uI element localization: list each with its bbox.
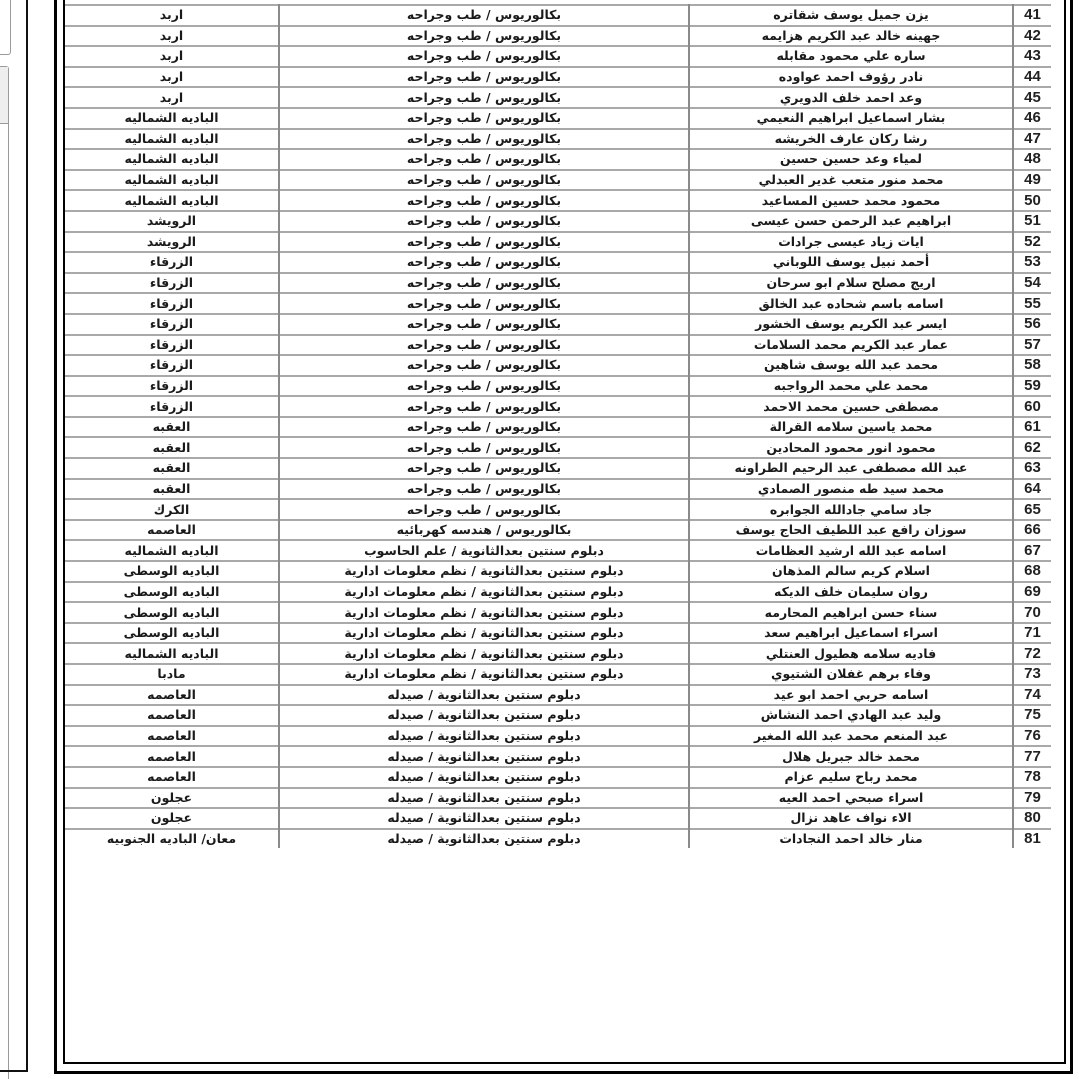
- governorate-cell: الباديه الوسطى: [65, 623, 279, 644]
- name-cell: محمود محمد حسين المساعيد: [689, 190, 1013, 211]
- row-number-cell: 80: [1013, 808, 1051, 829]
- governorate-cell: الباديه الشماليه: [65, 170, 279, 191]
- governorate-cell: الباديه الوسطى: [65, 582, 279, 603]
- row-number-cell: 66: [1013, 520, 1051, 541]
- major-cell: بكالوريوس / طب وجراحه: [279, 190, 689, 211]
- major-cell: دبلوم سنتين بعدالثانوية / صيدله: [279, 829, 689, 849]
- major-cell: دبلوم سنتين بعدالثانوية / نظم معلومات اد…: [279, 643, 689, 664]
- name-cell: اسامه باسم شحاده عبد الخالق: [689, 293, 1013, 314]
- governorate-cell: الرويشد: [65, 211, 279, 232]
- governorate-cell: الرويشد: [65, 232, 279, 253]
- row-number-cell: 73: [1013, 664, 1051, 685]
- candidate-roster-table: 41 يزن جميل يوسف شقاتره بكالوريوس / طب و…: [65, 4, 1051, 848]
- name-cell: نادر رؤوف احمد عواوده: [689, 67, 1013, 88]
- table-row: 62 محمود انور محمود المحادين بكالوريوس /…: [65, 437, 1051, 458]
- table-row: 64 محمد سيد طه منصور الصمادي بكالوريوس /…: [65, 479, 1051, 500]
- name-cell: عمار عبد الكريم محمد السلامات: [689, 335, 1013, 356]
- major-cell: بكالوريوس / طب وجراحه: [279, 108, 689, 129]
- name-cell: لمياء وعد حسين حسين: [689, 149, 1013, 170]
- name-cell: مصطفى حسين محمد الاحمد: [689, 396, 1013, 417]
- major-cell: بكالوريوس / طب وجراحه: [279, 376, 689, 397]
- major-cell: بكالوريوس / طب وجراحه: [279, 46, 689, 67]
- table-row: 61 محمد ياسين سلامه القرالة بكالوريوس / …: [65, 417, 1051, 438]
- table-row: 81 منار خالد احمد النجادات دبلوم سنتين ب…: [65, 829, 1051, 849]
- name-cell: ايات زياد عيسى جرادات: [689, 232, 1013, 253]
- governorate-cell: الزرقاء: [65, 314, 279, 335]
- name-cell: سناء حسن ابراهيم المحارمه: [689, 602, 1013, 623]
- row-number-cell: 79: [1013, 788, 1051, 809]
- governorate-cell: عجلون: [65, 788, 279, 809]
- table-row: 53 أحمد نبيل يوسف اللوباني بكالوريوس / ط…: [65, 252, 1051, 273]
- governorate-cell: العاصمه: [65, 685, 279, 706]
- table-row: 57 عمار عبد الكريم محمد السلامات بكالوري…: [65, 335, 1051, 356]
- governorate-cell: الباديه الشماليه: [65, 108, 279, 129]
- major-cell: بكالوريوس / طب وجراحه: [279, 335, 689, 356]
- table-row: 65 جاد سامي جادالله الجوابره بكالوريوس /…: [65, 499, 1051, 520]
- governorate-cell: الزرقاء: [65, 376, 279, 397]
- name-cell: بشار اسماعيل ابراهيم النعيمي: [689, 108, 1013, 129]
- row-number-cell: 45: [1013, 87, 1051, 108]
- name-cell: محمد ياسين سلامه القرالة: [689, 417, 1013, 438]
- name-cell: جاد سامي جادالله الجوابره: [689, 499, 1013, 520]
- major-cell: بكالوريوس / طب وجراحه: [279, 149, 689, 170]
- row-number-cell: 42: [1013, 26, 1051, 47]
- row-number-cell: 70: [1013, 602, 1051, 623]
- table-row: 70 سناء حسن ابراهيم المحارمه دبلوم سنتين…: [65, 602, 1051, 623]
- table-row: 56 ايسر عبد الكريم يوسف الخشور بكالوريوس…: [65, 314, 1051, 335]
- row-number-cell: 68: [1013, 561, 1051, 582]
- name-cell: ايسر عبد الكريم يوسف الخشور: [689, 314, 1013, 335]
- name-cell: اسامه عبد الله ارشيد العظامات: [689, 540, 1013, 561]
- table-row: 73 وفاء برهم غفلان الشتيوي دبلوم سنتين ب…: [65, 664, 1051, 685]
- row-number-cell: 49: [1013, 170, 1051, 191]
- row-number-cell: 57: [1013, 335, 1051, 356]
- table-row: 55 اسامه باسم شحاده عبد الخالق بكالوريوس…: [65, 293, 1051, 314]
- row-number-cell: 75: [1013, 705, 1051, 726]
- name-cell: فاديه سلامه هطيول العنتلي: [689, 643, 1013, 664]
- row-number-cell: 53: [1013, 252, 1051, 273]
- name-cell: محمود انور محمود المحادين: [689, 437, 1013, 458]
- governorate-cell: الباديه الوسطى: [65, 561, 279, 582]
- row-number-cell: 46: [1013, 108, 1051, 129]
- table-row: 47 رشا ركان عارف الخريشه بكالوريوس / طب …: [65, 129, 1051, 150]
- major-cell: دبلوم سنتين بعدالثانوية / صيدله: [279, 705, 689, 726]
- governorate-cell: العقبه: [65, 479, 279, 500]
- table-row: 51 ابراهيم عبد الرحمن حسن عيسى بكالوريوس…: [65, 211, 1051, 232]
- major-cell: دبلوم سنتين بعدالثانوية / صيدله: [279, 685, 689, 706]
- table-row: 74 اسامه حربي احمد ابو عيد دبلوم سنتين ب…: [65, 685, 1051, 706]
- row-number-cell: 61: [1013, 417, 1051, 438]
- major-cell: بكالوريوس / طب وجراحه: [279, 396, 689, 417]
- governorate-cell: الزرقاء: [65, 335, 279, 356]
- table-row: 50 محمود محمد حسين المساعيد بكالوريوس / …: [65, 190, 1051, 211]
- table-row: 77 محمد خالد جبريل هلال دبلوم سنتين بعدا…: [65, 746, 1051, 767]
- governorate-cell: مادبا: [65, 664, 279, 685]
- governorate-cell: العاصمه: [65, 520, 279, 541]
- name-cell: محمد علي محمد الرواجبه: [689, 376, 1013, 397]
- major-cell: بكالوريوس / طب وجراحه: [279, 293, 689, 314]
- name-cell: وليد عبد الهادي احمد النشاش: [689, 705, 1013, 726]
- major-cell: بكالوريوس / طب وجراحه: [279, 458, 689, 479]
- table-row: 52 ايات زياد عيسى جرادات بكالوريوس / طب …: [65, 232, 1051, 253]
- governorate-cell: اربد: [65, 26, 279, 47]
- major-cell: دبلوم سنتين بعدالثانوية / نظم معلومات اد…: [279, 664, 689, 685]
- governorate-cell: الكرك: [65, 499, 279, 520]
- table-row: 80 الاء نواف عاهد نزال دبلوم سنتين بعدال…: [65, 808, 1051, 829]
- row-number-cell: 81: [1013, 829, 1051, 849]
- governorate-cell: العقبه: [65, 437, 279, 458]
- major-cell: بكالوريوس / طب وجراحه: [279, 437, 689, 458]
- table-row: 76 عبد المنعم محمد عبد الله المغير دبلوم…: [65, 726, 1051, 747]
- governorate-cell: الباديه الوسطى: [65, 602, 279, 623]
- name-cell: اسراء اسماعيل ابراهيم سعد: [689, 623, 1013, 644]
- name-cell: الاء نواف عاهد نزال: [689, 808, 1013, 829]
- major-cell: بكالوريوس / طب وجراحه: [279, 26, 689, 47]
- page-divider-bottom: [0, 1070, 28, 1072]
- table-row: 48 لمياء وعد حسين حسين بكالوريوس / طب وج…: [65, 149, 1051, 170]
- table-row: 68 اسلام كريم سالم المذهان دبلوم سنتين ب…: [65, 561, 1051, 582]
- major-cell: دبلوم سنتين بعدالثانوية / نظم معلومات اد…: [279, 561, 689, 582]
- table-row: 49 محمد منور متعب غدير العبدلي بكالوريوس…: [65, 170, 1051, 191]
- name-cell: أحمد نبيل يوسف اللوباني: [689, 252, 1013, 273]
- roster-table-body: 41 يزن جميل يوسف شقاتره بكالوريوس / طب و…: [65, 5, 1051, 848]
- name-cell: محمد سيد طه منصور الصمادي: [689, 479, 1013, 500]
- name-cell: اريج مصلح سلام ابو سرحان: [689, 273, 1013, 294]
- name-cell: سوزان رافع عبد اللطيف الحاج يوسف: [689, 520, 1013, 541]
- table-row: 46 بشار اسماعيل ابراهيم النعيمي بكالوريو…: [65, 108, 1051, 129]
- row-number-cell: 69: [1013, 582, 1051, 603]
- table-row: 54 اريج مصلح سلام ابو سرحان بكالوريوس / …: [65, 273, 1051, 294]
- table-row: 78 محمد رباح سليم عزام دبلوم سنتين بعدال…: [65, 767, 1051, 788]
- table-row: 71 اسراء اسماعيل ابراهيم سعد دبلوم سنتين…: [65, 623, 1051, 644]
- row-number-cell: 64: [1013, 479, 1051, 500]
- name-cell: منار خالد احمد النجادات: [689, 829, 1013, 849]
- major-cell: بكالوريوس / طب وجراحه: [279, 232, 689, 253]
- major-cell: دبلوم سنتين بعدالثانوية / نظم معلومات اد…: [279, 623, 689, 644]
- name-cell: ساره علي محمود مقابله: [689, 46, 1013, 67]
- major-cell: بكالوريوس / طب وجراحه: [279, 417, 689, 438]
- table-row: 42 جهينه خالد عبد الكريم هزايمه بكالوريو…: [65, 26, 1051, 47]
- major-cell: بكالوريوس / طب وجراحه: [279, 355, 689, 376]
- name-cell: عبد المنعم محمد عبد الله المغير: [689, 726, 1013, 747]
- major-cell: بكالوريوس / طب وجراحه: [279, 273, 689, 294]
- table-row: 43 ساره علي محمود مقابله بكالوريوس / طب …: [65, 46, 1051, 67]
- major-cell: دبلوم سنتين بعدالثانوية / نظم معلومات اد…: [279, 582, 689, 603]
- major-cell: دبلوم سنتين بعدالثانوية / صيدله: [279, 808, 689, 829]
- governorate-cell: العقبه: [65, 417, 279, 438]
- governorate-cell: اربد: [65, 46, 279, 67]
- governorate-cell: الباديه الشماليه: [65, 129, 279, 150]
- row-number-cell: 56: [1013, 314, 1051, 335]
- row-number-cell: 44: [1013, 67, 1051, 88]
- row-number-cell: 74: [1013, 685, 1051, 706]
- row-number-cell: 51: [1013, 211, 1051, 232]
- name-cell: اسراء صبحي احمد العيه: [689, 788, 1013, 809]
- page-divider-line: [26, 0, 28, 1072]
- table-row: 69 روان سليمان خلف الديكه دبلوم سنتين بع…: [65, 582, 1051, 603]
- name-cell: محمد رباح سليم عزام: [689, 767, 1013, 788]
- table-row: 63 عبد الله مصطفى عبد الرحيم الطراونه بك…: [65, 458, 1051, 479]
- governorate-cell: الباديه الشماليه: [65, 190, 279, 211]
- row-number-cell: 54: [1013, 273, 1051, 294]
- row-number-cell: 77: [1013, 746, 1051, 767]
- governorate-cell: العاصمه: [65, 746, 279, 767]
- left-panel-box-header: [0, 67, 8, 124]
- major-cell: بكالوريوس / طب وجراحه: [279, 314, 689, 335]
- governorate-cell: اربد: [65, 67, 279, 88]
- name-cell: وعد احمد خلف الدويري: [689, 87, 1013, 108]
- governorate-cell: العاصمه: [65, 767, 279, 788]
- major-cell: دبلوم سنتين بعدالثانوية / علم الحاسوب: [279, 540, 689, 561]
- table-row: 41 يزن جميل يوسف شقاتره بكالوريوس / طب و…: [65, 5, 1051, 26]
- row-number-cell: 43: [1013, 46, 1051, 67]
- name-cell: عبد الله مصطفى عبد الرحيم الطراونه: [689, 458, 1013, 479]
- major-cell: دبلوم سنتين بعدالثانوية / صيدله: [279, 788, 689, 809]
- name-cell: ابراهيم عبد الرحمن حسن عيسى: [689, 211, 1013, 232]
- table-row: 58 محمد عبد الله يوسف شاهين بكالوريوس / …: [65, 355, 1051, 376]
- governorate-cell: الزرقاء: [65, 355, 279, 376]
- row-number-cell: 65: [1013, 499, 1051, 520]
- name-cell: محمد منور متعب غدير العبدلي: [689, 170, 1013, 191]
- row-number-cell: 63: [1013, 458, 1051, 479]
- table-row: 79 اسراء صبحي احمد العيه دبلوم سنتين بعد…: [65, 788, 1051, 809]
- governorate-cell: معان/ الباديه الجنوبيه: [65, 829, 279, 849]
- major-cell: دبلوم سنتين بعدالثانوية / نظم معلومات اد…: [279, 602, 689, 623]
- major-cell: دبلوم سنتين بعدالثانوية / صيدله: [279, 767, 689, 788]
- major-cell: بكالوريوس / طب وجراحه: [279, 170, 689, 191]
- table-row: 45 وعد احمد خلف الدويري بكالوريوس / طب و…: [65, 87, 1051, 108]
- row-number-cell: 48: [1013, 149, 1051, 170]
- table-row: 75 وليد عبد الهادي احمد النشاش دبلوم سنت…: [65, 705, 1051, 726]
- row-number-cell: 52: [1013, 232, 1051, 253]
- name-cell: جهينه خالد عبد الكريم هزايمه: [689, 26, 1013, 47]
- major-cell: دبلوم سنتين بعدالثانوية / صيدله: [279, 726, 689, 747]
- governorate-cell: الزرقاء: [65, 252, 279, 273]
- governorate-cell: الباديه الشماليه: [65, 643, 279, 664]
- table-row: 44 نادر رؤوف احمد عواوده بكالوريوس / طب …: [65, 67, 1051, 88]
- major-cell: بكالوريوس / طب وجراحه: [279, 479, 689, 500]
- major-cell: بكالوريوس / طب وجراحه: [279, 211, 689, 232]
- governorate-cell: الزرقاء: [65, 293, 279, 314]
- major-cell: بكالوريوس / هندسه كهربائيه: [279, 520, 689, 541]
- name-cell: وفاء برهم غفلان الشتيوي: [689, 664, 1013, 685]
- name-cell: اسلام كريم سالم المذهان: [689, 561, 1013, 582]
- row-number-cell: 47: [1013, 129, 1051, 150]
- table-row: 66 سوزان رافع عبد اللطيف الحاج يوسف بكال…: [65, 520, 1051, 541]
- major-cell: بكالوريوس / طب وجراحه: [279, 87, 689, 108]
- left-side-panel: [0, 0, 28, 1079]
- row-number-cell: 60: [1013, 396, 1051, 417]
- name-cell: اسامه حربي احمد ابو عيد: [689, 685, 1013, 706]
- governorate-cell: الباديه الشماليه: [65, 540, 279, 561]
- major-cell: بكالوريوس / طب وجراحه: [279, 5, 689, 26]
- row-number-cell: 58: [1013, 355, 1051, 376]
- major-cell: بكالوريوس / طب وجراحه: [279, 129, 689, 150]
- name-cell: رشا ركان عارف الخريشه: [689, 129, 1013, 150]
- name-cell: يزن جميل يوسف شقاتره: [689, 5, 1013, 26]
- governorate-cell: الباديه الشماليه: [65, 149, 279, 170]
- table-row: 67 اسامه عبد الله ارشيد العظامات دبلوم س…: [65, 540, 1051, 561]
- major-cell: بكالوريوس / طب وجراحه: [279, 252, 689, 273]
- major-cell: دبلوم سنتين بعدالثانوية / صيدله: [279, 746, 689, 767]
- row-number-cell: 59: [1013, 376, 1051, 397]
- table-row: 60 مصطفى حسين محمد الاحمد بكالوريوس / طب…: [65, 396, 1051, 417]
- left-panel-box-main: [0, 66, 9, 1079]
- row-number-cell: 62: [1013, 437, 1051, 458]
- row-number-cell: 76: [1013, 726, 1051, 747]
- governorate-cell: العقبه: [65, 458, 279, 479]
- major-cell: بكالوريوس / طب وجراحه: [279, 67, 689, 88]
- governorate-cell: الزرقاء: [65, 273, 279, 294]
- governorate-cell: العاصمه: [65, 705, 279, 726]
- row-number-cell: 55: [1013, 293, 1051, 314]
- name-cell: محمد عبد الله يوسف شاهين: [689, 355, 1013, 376]
- name-cell: روان سليمان خلف الديكه: [689, 582, 1013, 603]
- left-panel-box-top: [0, 0, 11, 55]
- table-row: 72 فاديه سلامه هطيول العنتلي دبلوم سنتين…: [65, 643, 1051, 664]
- governorate-cell: اربد: [65, 87, 279, 108]
- row-number-cell: 50: [1013, 190, 1051, 211]
- major-cell: بكالوريوس / طب وجراحه: [279, 499, 689, 520]
- row-number-cell: 72: [1013, 643, 1051, 664]
- governorate-cell: الزرقاء: [65, 396, 279, 417]
- governorate-cell: العاصمه: [65, 726, 279, 747]
- row-number-cell: 67: [1013, 540, 1051, 561]
- name-cell: محمد خالد جبريل هلال: [689, 746, 1013, 767]
- row-number-cell: 41: [1013, 5, 1051, 26]
- row-number-cell: 78: [1013, 767, 1051, 788]
- row-number-cell: 71: [1013, 623, 1051, 644]
- governorate-cell: اربد: [65, 5, 279, 26]
- table-row: 59 محمد علي محمد الرواجبه بكالوريوس / طب…: [65, 376, 1051, 397]
- governorate-cell: عجلون: [65, 808, 279, 829]
